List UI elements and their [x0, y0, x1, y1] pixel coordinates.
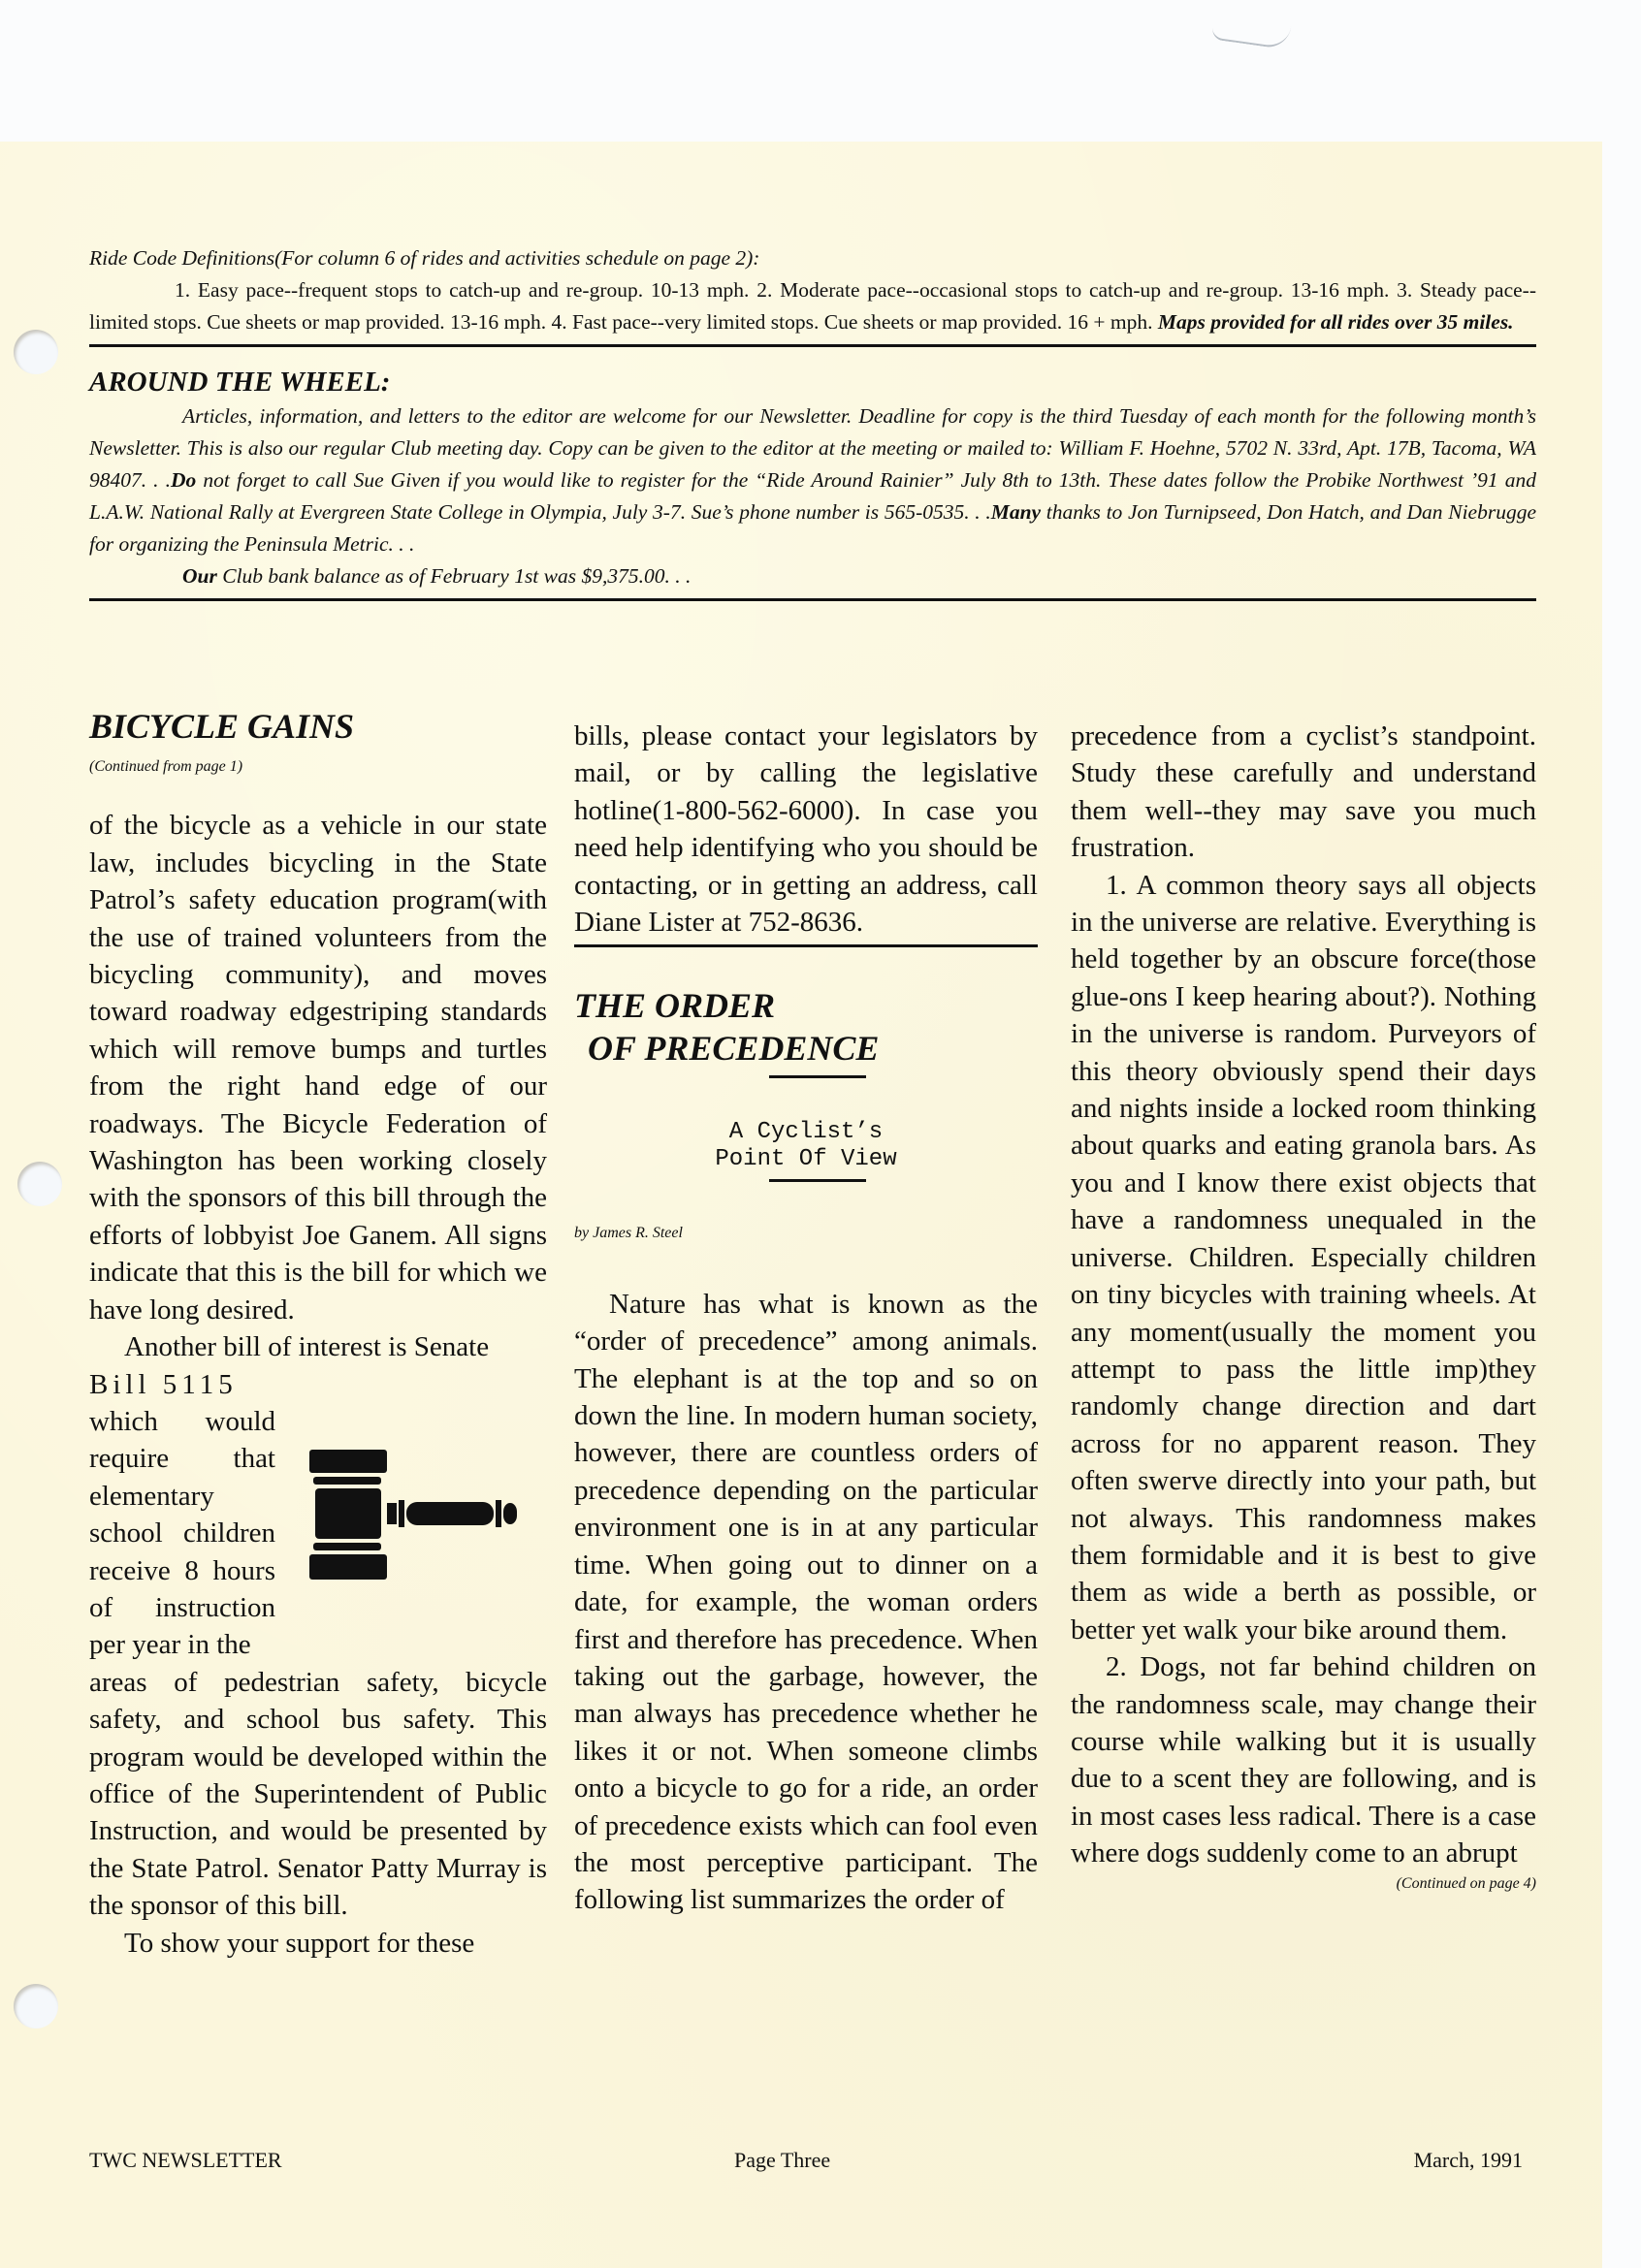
footer-page-number: Page Three [734, 2148, 830, 2173]
continued-from-note: (Continued from page 1) [89, 749, 547, 785]
article-subtitle: A Cyclist’s Point Of View [574, 1119, 1038, 1173]
around-the-wheel-body: Articles, information, and letters to th… [89, 400, 1536, 592]
support-paragraph: To show your support for these [89, 1925, 547, 1962]
bank-balance-paragraph: Our Club bank balance as of February 1st… [89, 560, 1536, 592]
senate-bill-paragraph: areas of pedestrian safety, bicycle safe… [89, 1664, 547, 1925]
scanner-edge [1602, 142, 1641, 2268]
scanner-background [0, 0, 1641, 142]
list-item: 1. A common theory says all objects in t… [1071, 867, 1536, 1649]
bicycle-gains-title: BICYCLE GAINS [89, 708, 547, 745]
byline: by James R. Steel [574, 1215, 1038, 1252]
article-columns: BICYCLE GAINS (Continued from page 1) of… [89, 708, 1536, 2085]
gavel-icon [275, 1366, 547, 1664]
bicycle-gains-paragraph: of the bicycle as a vehicle in our state… [89, 807, 547, 1328]
list-item: 2. Dogs, not far behind children on the … [1071, 1648, 1536, 1871]
column-2: bills, please contact your legislators b… [574, 718, 1038, 1919]
header-section: Ride Code Definitions(For column 6 of ri… [89, 242, 1536, 601]
ride-codes-emphasis: Maps provided for all rides over 35 mile… [1158, 310, 1514, 334]
divider [574, 944, 1038, 947]
divider [769, 1179, 866, 1182]
precedence-continued: precedence from a cyclist’s standpoint. … [1071, 718, 1536, 867]
scan-artifact [1211, 16, 1292, 50]
footer-publication: TWC NEWSLETTER [89, 2148, 282, 2173]
bill-number: Bill 5115 [89, 1366, 275, 1403]
divider [769, 1075, 866, 1078]
around-the-wheel-title: AROUND THE WHEEL: [89, 367, 1536, 399]
wrapped-text: which would require that elementary scho… [89, 1403, 275, 1664]
punch-hole-icon [14, 1984, 58, 2028]
around-the-wheel-paragraph: Articles, information, and letters to th… [89, 400, 1536, 560]
legislators-paragraph: bills, please contact your legislators b… [574, 718, 1038, 941]
divider [89, 344, 1536, 347]
column-3: precedence from a cyclist’s standpoint. … [1071, 718, 1536, 1894]
ride-codes-heading: Ride Code Definitions(For column 6 of ri… [89, 242, 1536, 274]
ride-code-definitions: Ride Code Definitions(For column 6 of ri… [89, 242, 1536, 338]
text-wrap-block: Bill 5115 which would require that eleme… [89, 1366, 547, 1664]
punch-hole-icon [17, 1162, 62, 1206]
precedence-paragraph: Nature has what is known as the “order o… [574, 1286, 1038, 1919]
punch-hole-icon [14, 330, 58, 374]
divider [89, 598, 1536, 601]
footer-date: March, 1991 [1414, 2148, 1523, 2173]
order-of-precedence-title: THE ORDER OF PRECEDENCE [574, 984, 1038, 1070]
column-1: BICYCLE GAINS (Continued from page 1) of… [89, 708, 547, 1962]
senate-bill-lead: Another bill of interest is Senate [89, 1328, 547, 1365]
ride-codes-body: 1. Easy pace--frequent stops to catch-up… [89, 274, 1536, 338]
continued-on-note: (Continued on page 4) [1071, 1874, 1536, 1894]
